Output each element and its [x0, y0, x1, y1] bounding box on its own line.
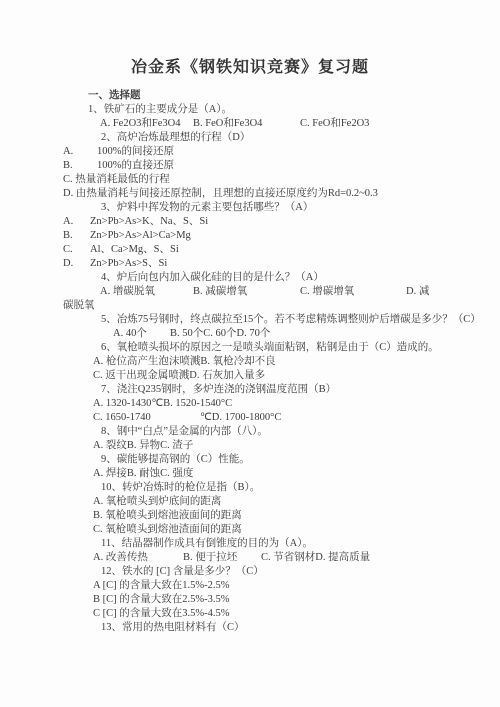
- option-letter: A.: [63, 215, 90, 229]
- question-2-option-c: C. 热量消耗最低的行程: [63, 173, 437, 187]
- option-text: Zn>Pb>As>Al>Ca>Mg: [90, 230, 191, 241]
- option-text: Al、Ca>Mg、S、Si: [90, 244, 179, 255]
- question-8-text: 8、钢中“白点”是金属的内部（八）。: [63, 425, 437, 439]
- question-3-option-d: D.Zn>Pb>As>S、Si: [63, 257, 437, 271]
- question-11-text: 11、结晶器制作成具有倒锥度的目的为（A）。: [63, 537, 437, 551]
- question-10-option-c: C. 氧枪喷头到熔池渣面间的距离: [63, 523, 437, 537]
- option-text: Zn>Pb>As>K、Na、S、Si: [90, 216, 208, 227]
- question-7-text: 7、浇注Q235钢时，多炉连浇的浇钢温度范围（B）: [63, 383, 437, 397]
- question-4-option-d: D. 减: [406, 285, 429, 299]
- question-4-option-c: C. 增碳增氧: [300, 285, 406, 299]
- question-7-option-d: ℃D. 1700-1800°C: [200, 411, 281, 425]
- option-letter: A.: [63, 145, 97, 159]
- question-5-options: A. 40个B. 50个C. 60个D. 70个: [63, 327, 437, 341]
- question-10-option-a: A. 氧枪喷头到炉底间的距离: [63, 495, 437, 509]
- option-text: 100%的直接还原: [97, 160, 174, 171]
- question-1-option-b: B. FeO和Fe3O4: [193, 117, 300, 131]
- question-7-options-cd: C. 1650-1740℃D. 1700-1800°C: [63, 411, 437, 425]
- question-8-options: A. 裂纹B. 异物C. 渣子: [63, 439, 437, 453]
- question-4-option-b: B. 减碳增氧: [193, 285, 300, 299]
- question-3-option-b: B.Zn>Pb>As>Al>Ca>Mg: [63, 229, 437, 243]
- question-4-text: 4、炉后向包内加入碳化硅的目的是什么？（A）: [63, 271, 437, 285]
- question-7-options-ab: A. 1320-1430℃B. 1520-1540°C: [63, 397, 437, 411]
- document-body: 一、选择题 1、铁矿石的主要成分是（A）。 A. Fe2O3和Fe3O4B. F…: [63, 89, 437, 635]
- question-1-option-a: A. Fe2O3和Fe3O4: [100, 117, 193, 131]
- question-10-text: 10、转炉冶炼时的枪位是指（B）。: [63, 481, 437, 495]
- question-6-text: 6、氧枪喷头损坏的原因之一是喷头端面粘钢，粘钢是由于（C）造成的。: [63, 341, 437, 355]
- question-11-option-a: A. 改善传热: [93, 551, 183, 565]
- option-letter: B.: [63, 159, 97, 173]
- question-11-options: A. 改善传热B. 便于拉坯C. 节省钢材D. 提高质量: [63, 551, 437, 565]
- option-text: 100%的间接还原: [97, 146, 174, 157]
- question-4-options: A. 增碳脱氧B. 减碳增氧C. 增碳增氧D. 减: [63, 285, 437, 299]
- question-5-text: 5、冶炼75号钢时，终点碳拉至15个。若不考虑精炼调整则炉后增碳是多少？（C）: [63, 313, 437, 327]
- question-11-options-cd: C. 节省钢材D. 提高质量: [261, 551, 370, 565]
- question-2-option-a: A.100%的间接还原: [63, 145, 437, 159]
- option-letter: B.: [63, 229, 90, 243]
- question-13-text: 13、常用的热电阻材料有（C）: [63, 621, 437, 635]
- question-11-option-b: B. 便于拉坯: [183, 551, 261, 565]
- question-2-option-d: D. 由热量消耗与间接还原控制，且理想的直接还原度约为Rd=0.2~0.3: [63, 187, 437, 201]
- question-4-option-d-wrap: 碳脱氧: [63, 299, 437, 313]
- question-5-options-bcd: B. 50个C. 60个D. 70个: [170, 327, 270, 341]
- option-letter: D.: [63, 257, 90, 271]
- question-2-option-b: B.100%的直接还原: [63, 159, 437, 173]
- question-3-option-c: C.Al、Ca>Mg、S、Si: [63, 243, 437, 257]
- question-6-options-cd: C. 返干出现金属喷溅D. 石灰加入量多: [63, 369, 437, 383]
- question-12-text: 12、铁水的 [C] 含量是多少？（C）: [63, 565, 437, 579]
- option-letter: C.: [63, 243, 90, 257]
- question-5-option-a: A. 40个: [113, 327, 170, 341]
- question-12-option-a: A [C] 的含量大致在1.5%-2.5%: [63, 579, 437, 593]
- question-10-option-b: B. 氧枪喷头到熔池液面间的距离: [63, 509, 437, 523]
- question-1-options: A. Fe2O3和Fe3O4B. FeO和Fe3O4C. FeO和Fe2O3: [63, 117, 437, 131]
- page-title: 冶金系《钢铁知识竞赛》复习题: [0, 0, 500, 79]
- document-page: 冶金系《钢铁知识竞赛》复习题 一、选择题 1、铁矿石的主要成分是（A）。 A. …: [0, 0, 500, 707]
- question-4-option-a: A. 增碳脱氧: [100, 285, 193, 299]
- option-text: Zn>Pb>As>S、Si: [90, 258, 167, 269]
- question-3-option-a: A.Zn>Pb>As>K、Na、S、Si: [63, 215, 437, 229]
- section-heading: 一、选择题: [63, 89, 437, 103]
- question-9-options: A. 焊接B. 耐蚀C. 强度: [63, 467, 437, 481]
- question-1-text: 1、铁矿石的主要成分是（A）。: [63, 103, 437, 117]
- question-9-text: 9、碳能够提高钢的（C）性能。: [63, 453, 437, 467]
- question-3-text: 3、炉料中挥发物的元素主要包括哪些？（A）: [63, 201, 437, 215]
- question-2-text: 2、高炉冶炼最理想的行程（D）: [63, 131, 437, 145]
- question-12-option-b: B [C] 的含量大致在2.5%-3.5%: [63, 593, 437, 607]
- question-1-option-c: C. FeO和Fe2O3: [300, 117, 369, 131]
- question-6-options-ab: A. 枪位高产生泡沫喷溅B. 氧枪冷却不良: [63, 355, 437, 369]
- question-12-option-c: C [C] 的含量大致在3.5%-4.5%: [63, 607, 437, 621]
- question-7-option-c: C. 1650-1740: [93, 411, 200, 425]
